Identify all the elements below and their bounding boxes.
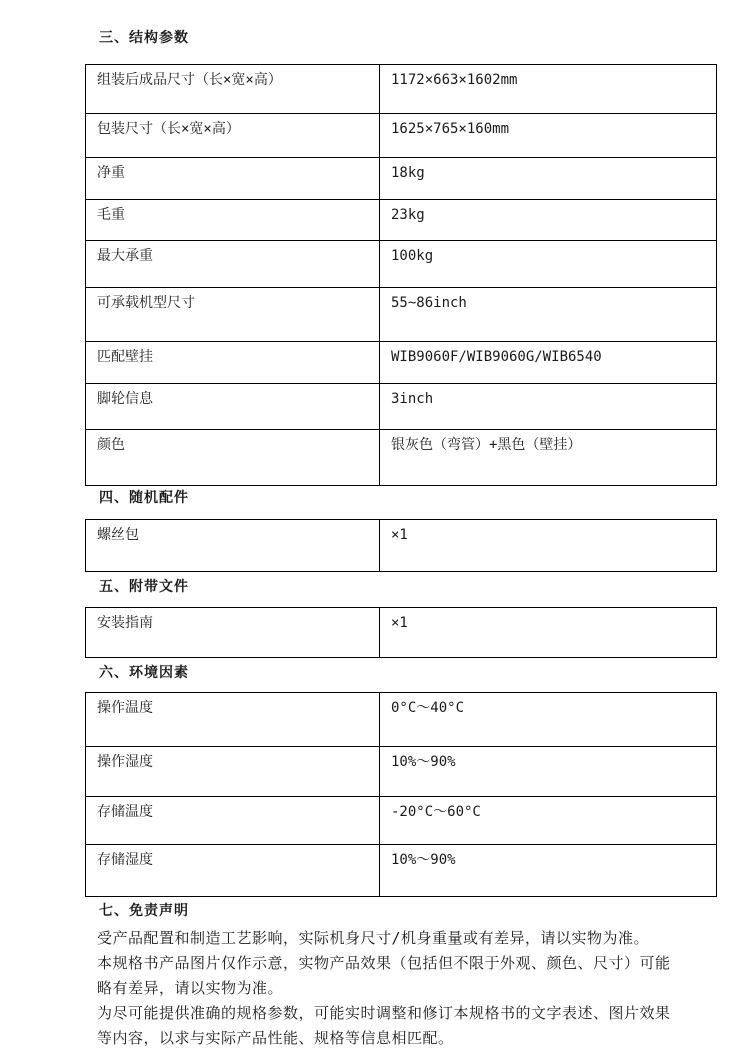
table-row: 最大承重 100kg <box>86 241 717 288</box>
spec-value: 0°C～40°C <box>380 693 717 747</box>
document-page: 三、结构参数 组装后成品尺寸（长×宽×高） 1172×663×1602mm 包装… <box>0 0 685 1051</box>
spec-value: ×1 <box>380 608 717 658</box>
spec-label: 颜色 <box>86 430 380 486</box>
spec-label: 安装指南 <box>86 608 380 658</box>
table-row: 脚轮信息 3inch <box>86 384 717 430</box>
disclaimer-text-block: 受产品配置和制造工艺影响，实际机身尺寸/机身重量或有差异，请以实物为准。 本规格… <box>97 926 677 1051</box>
table-row: 螺丝包 ×1 <box>86 520 717 572</box>
spec-value: 10%～90% <box>380 845 717 897</box>
spec-value: WIB9060F/WIB9060G/WIB6540 <box>380 342 717 384</box>
structure-table: 组装后成品尺寸（长×宽×高） 1172×663×1602mm 包装尺寸（长×宽×… <box>85 64 717 486</box>
spec-label: 脚轮信息 <box>86 384 380 430</box>
table-row: 毛重 23kg <box>86 200 717 241</box>
spec-label: 可承载机型尺寸 <box>86 288 380 342</box>
spec-value: ×1 <box>380 520 717 572</box>
spec-value: -20°C～60°C <box>380 797 717 845</box>
disclaimer-paragraph: 受产品配置和制造工艺影响，实际机身尺寸/机身重量或有差异，请以实物为准。 <box>97 926 677 951</box>
table-row: 存储温度 -20°C～60°C <box>86 797 717 845</box>
table-row: 操作温度 0°C～40°C <box>86 693 717 747</box>
spec-value: 10%～90% <box>380 747 717 797</box>
environment-table: 操作温度 0°C～40°C 操作湿度 10%～90% 存储温度 -20°C～60… <box>85 692 717 897</box>
spec-value: 1625×765×160mm <box>380 114 717 158</box>
table-row: 安装指南 ×1 <box>86 608 717 658</box>
spec-label: 存储湿度 <box>86 845 380 897</box>
accessories-table: 螺丝包 ×1 <box>85 519 717 572</box>
section-heading-documents: 五、附带文件 <box>99 580 685 595</box>
table-row: 包装尺寸（长×宽×高） 1625×765×160mm <box>86 114 717 158</box>
documents-table: 安装指南 ×1 <box>85 607 717 658</box>
section-heading-disclaimer: 七、免责声明 <box>99 904 685 919</box>
spec-value: 银灰色（弯管）+黑色（壁挂） <box>380 430 717 486</box>
spec-label: 毛重 <box>86 200 380 241</box>
spec-value: 55~86inch <box>380 288 717 342</box>
spec-value: 100kg <box>380 241 717 288</box>
spec-label: 操作温度 <box>86 693 380 747</box>
spec-label: 螺丝包 <box>86 520 380 572</box>
table-row: 存储湿度 10%～90% <box>86 845 717 897</box>
spec-label: 最大承重 <box>86 241 380 288</box>
spec-value: 1172×663×1602mm <box>380 65 717 114</box>
table-row: 匹配壁挂 WIB9060F/WIB9060G/WIB6540 <box>86 342 717 384</box>
table-row: 净重 18kg <box>86 158 717 200</box>
disclaimer-paragraph: 本规格书产品图片仅作示意，实物产品效果（包括但不限于外观、颜色、尺寸）可能略有差… <box>97 951 677 1001</box>
spec-value: 23kg <box>380 200 717 241</box>
spec-label: 操作湿度 <box>86 747 380 797</box>
table-row: 操作湿度 10%～90% <box>86 747 717 797</box>
spec-label: 组装后成品尺寸（长×宽×高） <box>86 65 380 114</box>
section-heading-environment: 六、环境因素 <box>99 666 685 681</box>
table-row: 可承载机型尺寸 55~86inch <box>86 288 717 342</box>
section-heading-structure: 三、结构参数 <box>99 31 685 46</box>
table-row: 组装后成品尺寸（长×宽×高） 1172×663×1602mm <box>86 65 717 114</box>
spec-label: 净重 <box>86 158 380 200</box>
spec-label: 匹配壁挂 <box>86 342 380 384</box>
spec-value: 18kg <box>380 158 717 200</box>
table-row: 颜色 银灰色（弯管）+黑色（壁挂） <box>86 430 717 486</box>
section-heading-accessories: 四、随机配件 <box>99 491 685 506</box>
spec-value: 3inch <box>380 384 717 430</box>
spec-label: 存储温度 <box>86 797 380 845</box>
spec-label: 包装尺寸（长×宽×高） <box>86 114 380 158</box>
disclaimer-paragraph: 为尽可能提供准确的规格参数，可能实时调整和修订本规格书的文字表述、图片效果等内容… <box>97 1001 677 1051</box>
